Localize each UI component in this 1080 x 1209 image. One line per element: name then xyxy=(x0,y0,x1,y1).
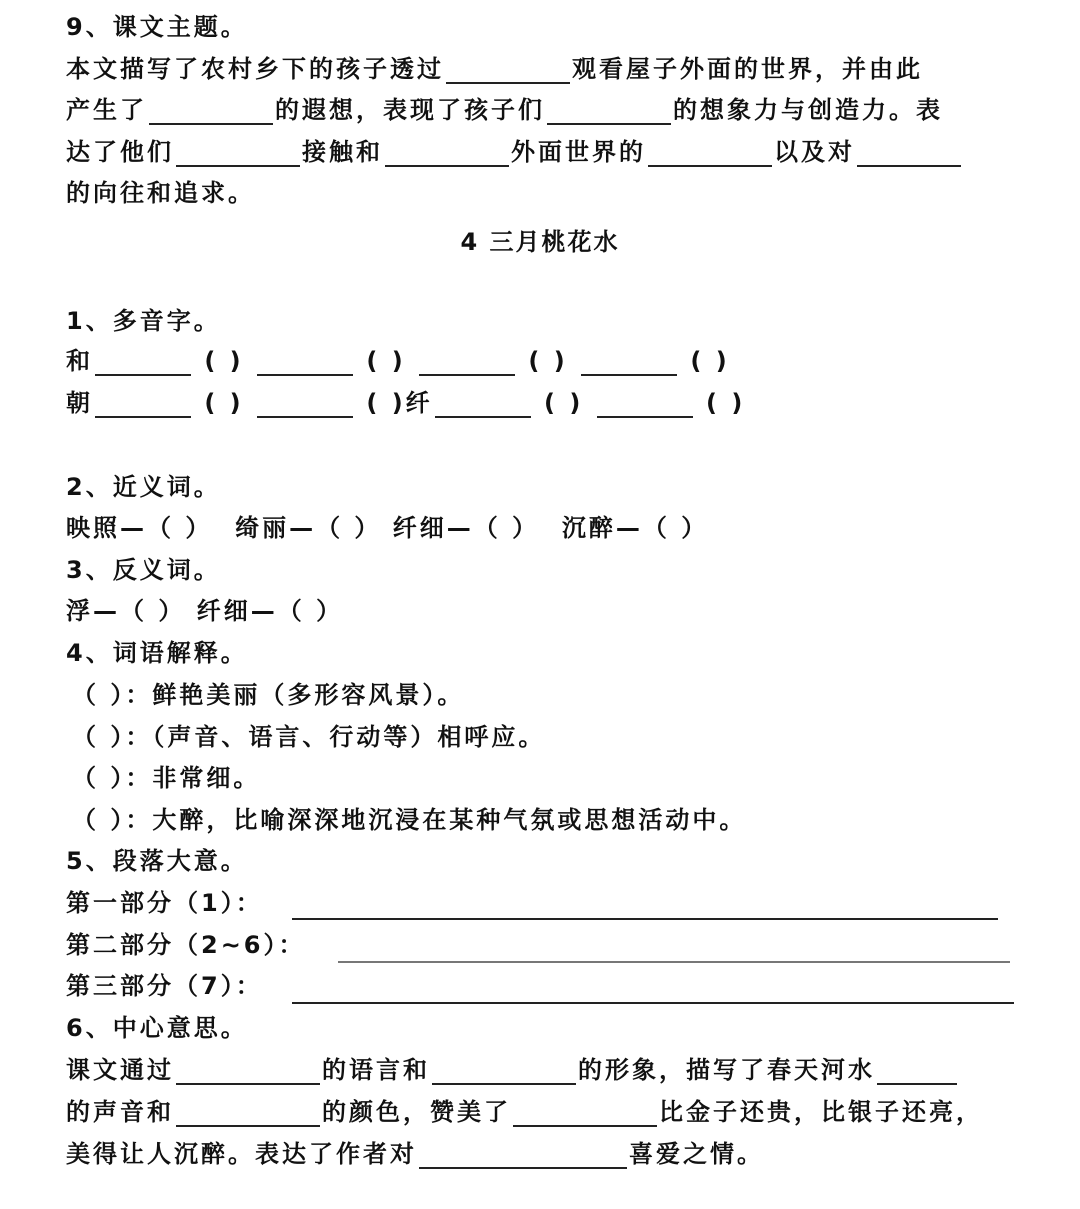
text: 观看屋子外面的世界，并由此 xyxy=(572,55,923,83)
fill-blank[interactable] xyxy=(432,1057,576,1085)
fill-blank[interactable] xyxy=(513,1099,657,1127)
text: 以及对 xyxy=(774,138,855,166)
pinyin-paren[interactable]: ( ) xyxy=(366,346,405,376)
q6-line-3: 美得让人沉醉。表达了作者对喜爱之情。 xyxy=(66,1139,764,1169)
q4-heading: 4、词语解释。 xyxy=(66,638,248,668)
text: 美得让人沉醉。表达了作者对 xyxy=(66,1140,417,1168)
text: 的形象，描写了春天河水 xyxy=(578,1056,875,1084)
pinyin-paren[interactable]: ( ) xyxy=(366,388,405,418)
section9-line-3: 达了他们接触和外面世界的以及对 xyxy=(66,137,963,167)
q5-part-3-blank[interactable] xyxy=(292,1002,1014,1004)
pinyin-paren[interactable]: ( ) xyxy=(204,346,243,376)
pinyin-paren[interactable]: ( ) xyxy=(690,346,729,376)
text: 的语言和 xyxy=(322,1056,430,1084)
q4-item-4[interactable]: （ ）：大醉，比喻深深地沉浸在某种气氛或思想活动中。 xyxy=(72,805,746,835)
fill-blank[interactable] xyxy=(176,139,300,167)
text: 达了他们 xyxy=(66,138,174,166)
fill-blank[interactable] xyxy=(419,1141,627,1169)
text: 产生了 xyxy=(66,96,147,124)
text: 的颜色，赞美了 xyxy=(322,1098,511,1126)
fill-blank[interactable] xyxy=(547,97,671,125)
fill-blank[interactable] xyxy=(581,348,677,376)
fill-blank[interactable] xyxy=(95,390,191,418)
q5-part-1-blank[interactable] xyxy=(292,918,998,920)
section9-line-2: 产生了的遐想，表现了孩子们的想象力与创造力。表 xyxy=(66,95,943,125)
text: 的想象力与创造力。表 xyxy=(673,96,943,124)
q4-item-2[interactable]: （ ）：（声音、语言、行动等）相呼应。 xyxy=(72,722,545,752)
q6-line-2: 的声音和的颜色，赞美了比金子还贵，比银子还亮， xyxy=(66,1097,983,1127)
fill-blank[interactable] xyxy=(648,139,772,167)
fill-blank[interactable] xyxy=(857,139,961,167)
fill-blank[interactable] xyxy=(95,348,191,376)
text: 比金子还贵，比银子还亮， xyxy=(659,1098,983,1126)
pinyin-paren[interactable]: ( ) xyxy=(528,346,567,376)
fill-blank[interactable] xyxy=(149,97,273,125)
fill-blank[interactable] xyxy=(877,1057,957,1085)
synonym-item[interactable]: 绮丽—（ ） xyxy=(235,514,381,542)
q3-items: 浮—（ ） 纤细—（ ） xyxy=(66,596,343,626)
pinyin-paren[interactable]: ( ) xyxy=(706,388,745,418)
pinyin-paren[interactable]: ( ) xyxy=(204,388,243,418)
q6-line-1: 课文通过的语言和的形象，描写了春天河水 xyxy=(66,1055,959,1085)
polyphone-char: 纤 xyxy=(406,389,433,417)
section9-heading: 9、课文主题。 xyxy=(66,12,248,42)
q1-row-2: 朝 ( ) ( )纤 ( ) ( ) xyxy=(66,388,745,418)
synonym-item[interactable]: 沉醉—（ ） xyxy=(562,514,708,542)
text: 外面世界的 xyxy=(511,138,646,166)
fill-blank[interactable] xyxy=(176,1057,320,1085)
fill-blank[interactable] xyxy=(419,348,515,376)
text: 接触和 xyxy=(302,138,383,166)
q4-item-1[interactable]: （ ）：鲜艳美丽（多形容风景）。 xyxy=(72,680,464,710)
polyphone-char: 和 xyxy=(66,347,93,375)
polyphone-char: 朝 xyxy=(66,389,93,417)
q3-heading: 3、反义词。 xyxy=(66,555,221,585)
synonym-item[interactable]: 映照—（ ） xyxy=(66,514,212,542)
q5-part-1-label: 第一部分（1）： xyxy=(66,888,263,918)
fill-blank[interactable] xyxy=(385,139,509,167)
fill-blank[interactable] xyxy=(176,1099,320,1127)
pinyin-paren[interactable]: ( ) xyxy=(544,388,583,418)
fill-blank[interactable] xyxy=(597,390,693,418)
fill-blank[interactable] xyxy=(446,56,570,84)
q5-heading: 5、段落大意。 xyxy=(66,846,248,876)
antonym-item[interactable]: 纤细—（ ） xyxy=(197,597,343,625)
q5-part-2-blank[interactable] xyxy=(338,961,1010,963)
text: 本文描写了农村乡下的孩子透过 xyxy=(66,55,444,83)
q1-heading: 1、多音字。 xyxy=(66,306,221,336)
q1-row-1: 和 ( ) ( ) ( ) ( ) xyxy=(66,346,730,376)
section9-line-4: 的向往和追求。 xyxy=(66,178,255,208)
q2-items: 映照—（ ） 绮丽—（ ） 纤细—（ ） 沉醉—（ ） xyxy=(66,513,708,543)
q6-heading: 6、中心意思。 xyxy=(66,1013,248,1043)
q4-item-3[interactable]: （ ）：非常细。 xyxy=(72,763,260,793)
text: 课文通过 xyxy=(66,1056,174,1084)
text: 喜爱之情。 xyxy=(629,1140,764,1168)
section9-line-1: 本文描写了农村乡下的孩子透过观看屋子外面的世界，并由此 xyxy=(66,54,923,84)
text: 的声音和 xyxy=(66,1098,174,1126)
text: 的遐想，表现了孩子们 xyxy=(275,96,545,124)
fill-blank[interactable] xyxy=(435,390,531,418)
q5-part-3-label: 第三部分（7）： xyxy=(66,971,263,1001)
synonym-item[interactable]: 纤细—（ ） xyxy=(393,514,539,542)
q5-part-2-label: 第二部分（2~6）： xyxy=(66,930,306,960)
q2-heading: 2、近义词。 xyxy=(66,472,221,502)
antonym-item[interactable]: 浮—（ ） xyxy=(66,597,185,625)
fill-blank[interactable] xyxy=(257,390,353,418)
fill-blank[interactable] xyxy=(257,348,353,376)
lesson-title: 4 三月桃花水 xyxy=(0,222,1080,257)
